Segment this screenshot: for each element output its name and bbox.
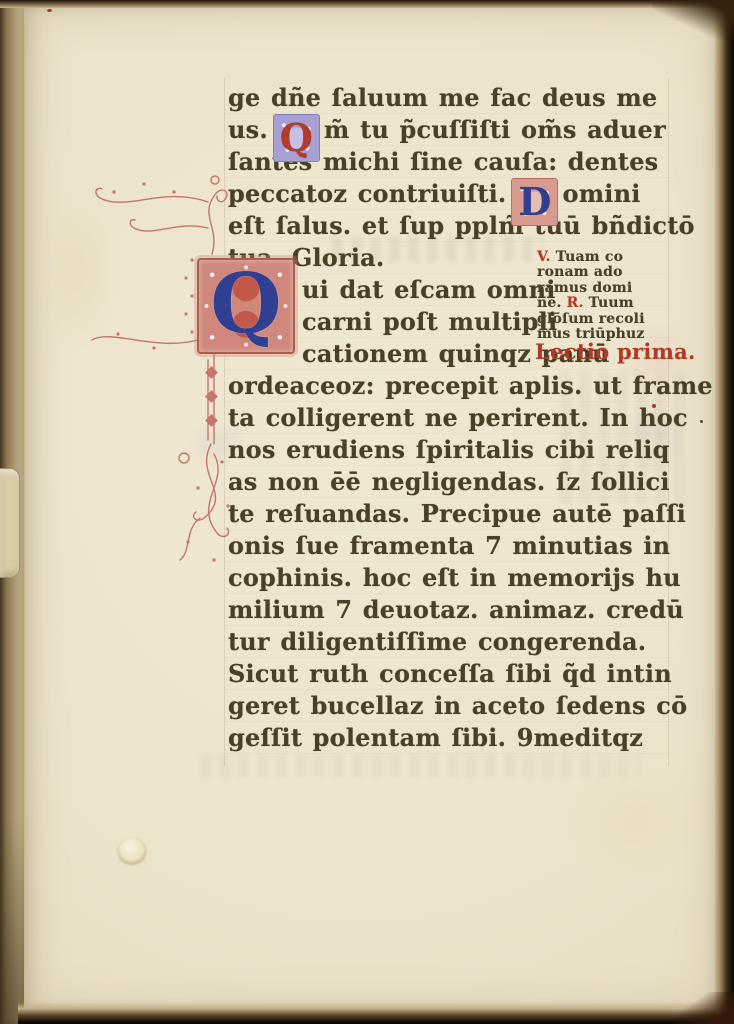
text-line: onis ſue framenta 7 minutias in [228,530,674,562]
line-text: peccatoz contriuiſti. [228,179,506,208]
manuscript-photo: Q ge dñe ſaluum me fac deus me us.Qm̃ tu… [0,0,734,1024]
initial-letter: Q [280,115,313,160]
illuminated-initial-q: Q [197,258,295,354]
corner-shadow-bottom-right [672,992,734,1024]
text-line: geſſit polentam ſibi. 9meditqz [228,722,674,754]
line-text: omini [562,179,640,208]
ink-speck [47,9,52,12]
page-bottom-edge [18,1002,734,1024]
text-line: milium 7 deuotaz. animaz. credū [228,594,674,626]
text-line: eſt ſalus. et ſup pplm̃ tuū bñdictō [228,210,674,242]
corner-shadow-top-right [652,0,734,40]
text-line: peccatoz contriuiſti.Domini [228,178,674,210]
margin-line: ne. R. Tuum [537,296,677,311]
text-line: ordeaceoz: precepit aplis. ut frame [228,370,674,402]
initial-letter: Q [199,256,293,352]
margin-text: Tuam co [556,249,623,265]
wax-spot [118,838,146,864]
text-block: ge dñe ſaluum me fac deus me us.Qm̃ tu p… [228,82,674,754]
text-line: geret bucellaz in aceto ſedens cō [228,690,674,722]
text-line: us.Qm̃ tu p̃cuſſiſti om̃s aduer [228,114,674,146]
text-line: tur diligentiſſime congerenda. [228,626,674,658]
margin-line: ramus domi [537,281,677,296]
text-line: ge dñe ſaluum me fac deus me [228,82,674,114]
penwork-flourish [88,162,248,582]
marginal-rubric-column: V. Tuam co ronam ado ramus domi ne. R. T… [537,250,677,342]
text-line: as non ēē negligendas. ſz ſollici [228,466,674,498]
line-text: us. [228,115,268,144]
response-mark: R. [567,295,584,311]
versal-initial-d: D [511,178,558,226]
versal-initial-q: Q [273,114,320,162]
margin-line: V. Tuam co [537,250,677,265]
binding-tab [0,468,20,578]
text-line: te reſuandas. Precipue autē paſſi [228,498,674,530]
rubric-lectio-prima: Lectio prima. [535,339,705,364]
ink-speck [652,404,656,408]
page-right-edge [714,0,734,1024]
margin-line: glōſum recoli [537,312,677,327]
page-top-edge [0,0,734,8]
initial-letter: D [518,179,551,224]
ink-speck [700,420,703,423]
text-line: cophinis. hoc eſt in memorijs hu [228,562,674,594]
margin-line: ronam ado [537,265,677,280]
margin-text: ne. [537,295,562,311]
margin-text: Tuum [589,295,634,311]
text-line: ta colligerent ne perirent. In hoc [228,402,674,434]
parchment-stain [560,760,710,880]
versicle-mark: V. [537,249,551,265]
text-line: Sicut ruth conceſſa ſibi q̃d intin [228,658,674,690]
line-text: m̃ tu p̃cuſſiſti om̃s aduer [324,115,666,144]
text-line: nos erudiens ſpiritalis cibi reliq [228,434,674,466]
